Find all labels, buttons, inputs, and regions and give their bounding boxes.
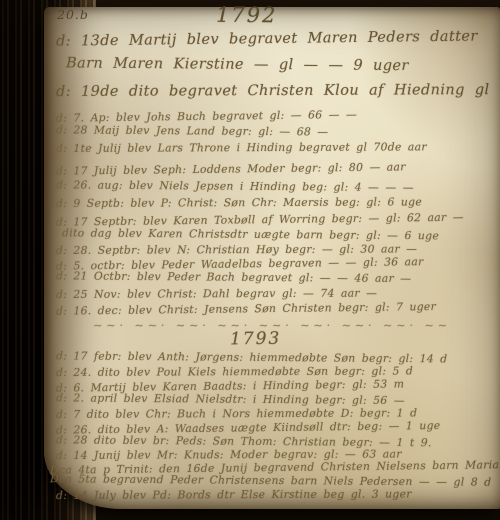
register-entry-line: d: 21 Octbr: blev Peder Bach begravet gl… <box>44 269 500 286</box>
register-entry-line: d: 17 Julij blev Seph: Loddens Moder beg… <box>44 159 500 178</box>
register-entry-line: d: 26. aug: blev Niels Jepsen i Hinding … <box>44 178 500 195</box>
folio-number: 20.b <box>57 7 89 22</box>
register-entry-line: d: 28 Maij blev Jens Land begr: gl: — 68… <box>44 123 500 140</box>
register-entry-line: d: 19de dito begravet Christen Klou af H… <box>44 82 500 100</box>
register-entry-line: d: 25 Nov: blev Christ: Dahl begrav gl: … <box>44 286 500 301</box>
register-entry-line: d: 7. Ap: blev Johs Buch begravet gl: — … <box>44 106 500 125</box>
register-entry-line: Barn Maren Kierstine — gl — — 9 uger <box>44 55 500 75</box>
manuscript-photo: 20.b 1792 d: 13de Martij blev begravet M… <box>0 0 500 520</box>
register-entry-line: d: 17 febr: blev Anth: Jørgens: hiemmedø… <box>44 349 500 366</box>
register-entry-line: d: 2. april blev Elsiad Nielsdtr: i Hind… <box>44 391 500 408</box>
register-entry-line: d: 14 July blev Pd: Bords dtr Else Kirst… <box>44 487 500 502</box>
year-heading-1793: 1793 <box>230 329 282 350</box>
register-entry-line: d: 13de Martij blev begravet Maren Peder… <box>44 28 500 50</box>
register-entry-line: d: 1te Julij blev Lars Throne i Hinding … <box>44 140 500 155</box>
register-entry-line: d: 9 Septb: blev P: Christ: Søn Chr: Mae… <box>44 195 500 210</box>
register-entry-line: Dca 5ta begravend Peder Christensens bar… <box>44 472 500 489</box>
year-heading-1792: 1792 <box>216 3 278 27</box>
register-entry-line: dito dag blev Karen Christsdtr uægte bar… <box>44 226 500 243</box>
register-page: 20.b 1792 d: 13de Martij blev begravet M… <box>44 7 500 509</box>
register-entry-line: d: 16. dec: blev Christ: Jensens Søn Chr… <box>44 299 500 318</box>
